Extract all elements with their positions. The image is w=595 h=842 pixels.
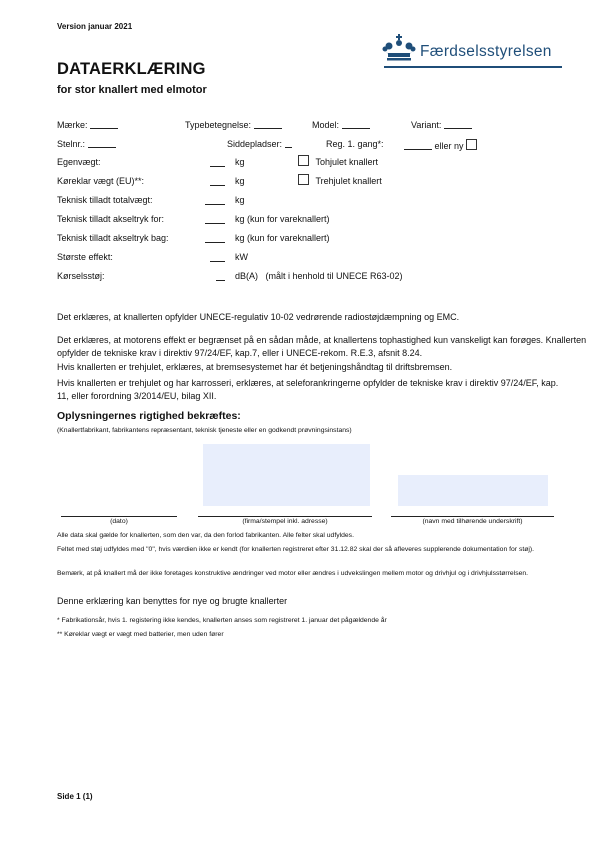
confirmation-heading: Oplysningernes rigtighed bekræftes:: [57, 410, 241, 422]
tohjulet-option: Tohjulet knallert: [298, 155, 378, 167]
dato-line: [61, 516, 177, 517]
note-usage: Denne erklæring kan benyttes for nye og …: [57, 596, 287, 606]
variant-input[interactable]: [444, 120, 472, 129]
reg-label: Reg. 1. gang*:: [326, 139, 384, 149]
navn-line: [391, 516, 554, 517]
egenvaegt-unit: kg: [235, 157, 245, 167]
model-field: Model:: [312, 120, 370, 130]
effekt-label: Største effekt:: [57, 252, 113, 262]
crown-icon: [382, 34, 416, 62]
stelnr-field: Stelnr.:: [57, 139, 116, 149]
footnote-2: ** Køreklar vægt er vægt med batterier, …: [57, 630, 224, 640]
declaration-seatbelt: Hvis knallerten er trehjulet og har karr…: [57, 377, 567, 403]
variant-field: Variant:: [411, 120, 472, 130]
akseltryk-for-unit: kg (kun for vareknallert): [235, 214, 330, 224]
trehjulet-option: Trehjulet knallert: [298, 174, 382, 186]
footnote-1: * Fabrikationsår, hvis 1. registering ik…: [57, 616, 387, 626]
effekt-unit: kW: [235, 252, 248, 262]
akseltryk-bag-unit: kg (kun for vareknallert): [235, 233, 330, 243]
tohjulet-label: Tohjulet knallert: [316, 157, 379, 167]
siddepladser-label: Siddepladser:: [227, 139, 282, 149]
akseltryk-bag-label: Teknisk tilladt akseltryk bag:: [57, 233, 169, 243]
siddepladser-field: Siddepladser:: [227, 139, 292, 149]
note-all-data: Alle data skal gælde for knallerten, som…: [57, 531, 577, 541]
model-input[interactable]: [342, 120, 370, 129]
page-title: DATAERKLÆRING: [57, 60, 206, 79]
akseltryk-bag-input[interactable]: [205, 234, 225, 243]
stoj-unit: dB(A) (målt i henhold til UNECE R63-02): [235, 271, 403, 281]
navn-label: (navn med tilhørende underskrift): [391, 518, 554, 525]
eller-ny-label: eller ny: [435, 141, 464, 151]
totalvaegt-input[interactable]: [205, 196, 225, 205]
maerke-label: Mærke:: [57, 120, 88, 130]
typebetegnelse-label: Typebetegnelse:: [185, 120, 251, 130]
koreklar-input[interactable]: [210, 177, 225, 186]
version-label: Version januar 2021: [57, 22, 132, 31]
stoj-label: Kørselsstøj:: [57, 271, 105, 281]
koreklar-unit: kg: [235, 176, 245, 186]
reg-value-field: eller ny: [404, 139, 477, 151]
firma-label: (firma/stempel inkl. adresse): [198, 518, 372, 525]
maerke-field: Mærke:: [57, 120, 118, 130]
maerke-input[interactable]: [90, 120, 118, 129]
typebetegnelse-field: Typebetegnelse:: [185, 120, 282, 130]
egenvaegt-label: Egenvægt:: [57, 157, 101, 167]
confirmation-note: (Knallertfabrikant, fabrikantens repræse…: [57, 426, 352, 436]
declaration-brake: Hvis knallerten er trehjulet, erklæres, …: [57, 361, 577, 374]
firma-line: [198, 516, 372, 517]
logo-underline: [384, 66, 562, 68]
signature-field[interactable]: [398, 475, 548, 506]
trehjulet-label: Trehjulet knallert: [316, 176, 382, 186]
koreklar-label: Køreklar vægt (EU)**:: [57, 176, 144, 186]
typebetegnelse-input[interactable]: [254, 120, 282, 129]
trehjulet-checkbox[interactable]: [298, 174, 309, 185]
reg-field: Reg. 1. gang*:: [326, 139, 384, 149]
ny-checkbox[interactable]: [466, 139, 477, 150]
page-subtitle: for stor knallert med elmotor: [57, 84, 207, 96]
page-number: Side 1 (1): [57, 792, 93, 801]
note-noise: Feltet med støj udfyldes med "0", hvis v…: [57, 545, 572, 555]
totalvaegt-label: Teknisk tilladt totalvægt:: [57, 195, 153, 205]
declaration-effect: Det erklæres, at motorens effekt er begr…: [57, 334, 587, 360]
variant-label: Variant:: [411, 120, 441, 130]
note-modifications: Bemærk, at på knallert må der ikke foret…: [57, 569, 572, 579]
declaration-emc: Det erklæres, at knallerten opfylder UNE…: [57, 311, 577, 324]
stelnr-input[interactable]: [88, 139, 116, 148]
totalvaegt-unit: kg: [235, 195, 245, 205]
stamp-field[interactable]: [203, 444, 370, 506]
dato-label: (dato): [61, 518, 177, 525]
stoj-input[interactable]: [216, 272, 225, 281]
model-label: Model:: [312, 120, 339, 130]
tohjulet-checkbox[interactable]: [298, 155, 309, 166]
reg-input[interactable]: [404, 141, 432, 150]
egenvaegt-input[interactable]: [210, 158, 225, 167]
effekt-input[interactable]: [210, 253, 225, 262]
agency-name: Færdselsstyrelsen: [420, 43, 552, 61]
akseltryk-for-label: Teknisk tilladt akseltryk for:: [57, 214, 164, 224]
siddepladser-input[interactable]: [285, 139, 292, 148]
stelnr-label: Stelnr.:: [57, 139, 85, 149]
akseltryk-for-input[interactable]: [205, 215, 225, 224]
